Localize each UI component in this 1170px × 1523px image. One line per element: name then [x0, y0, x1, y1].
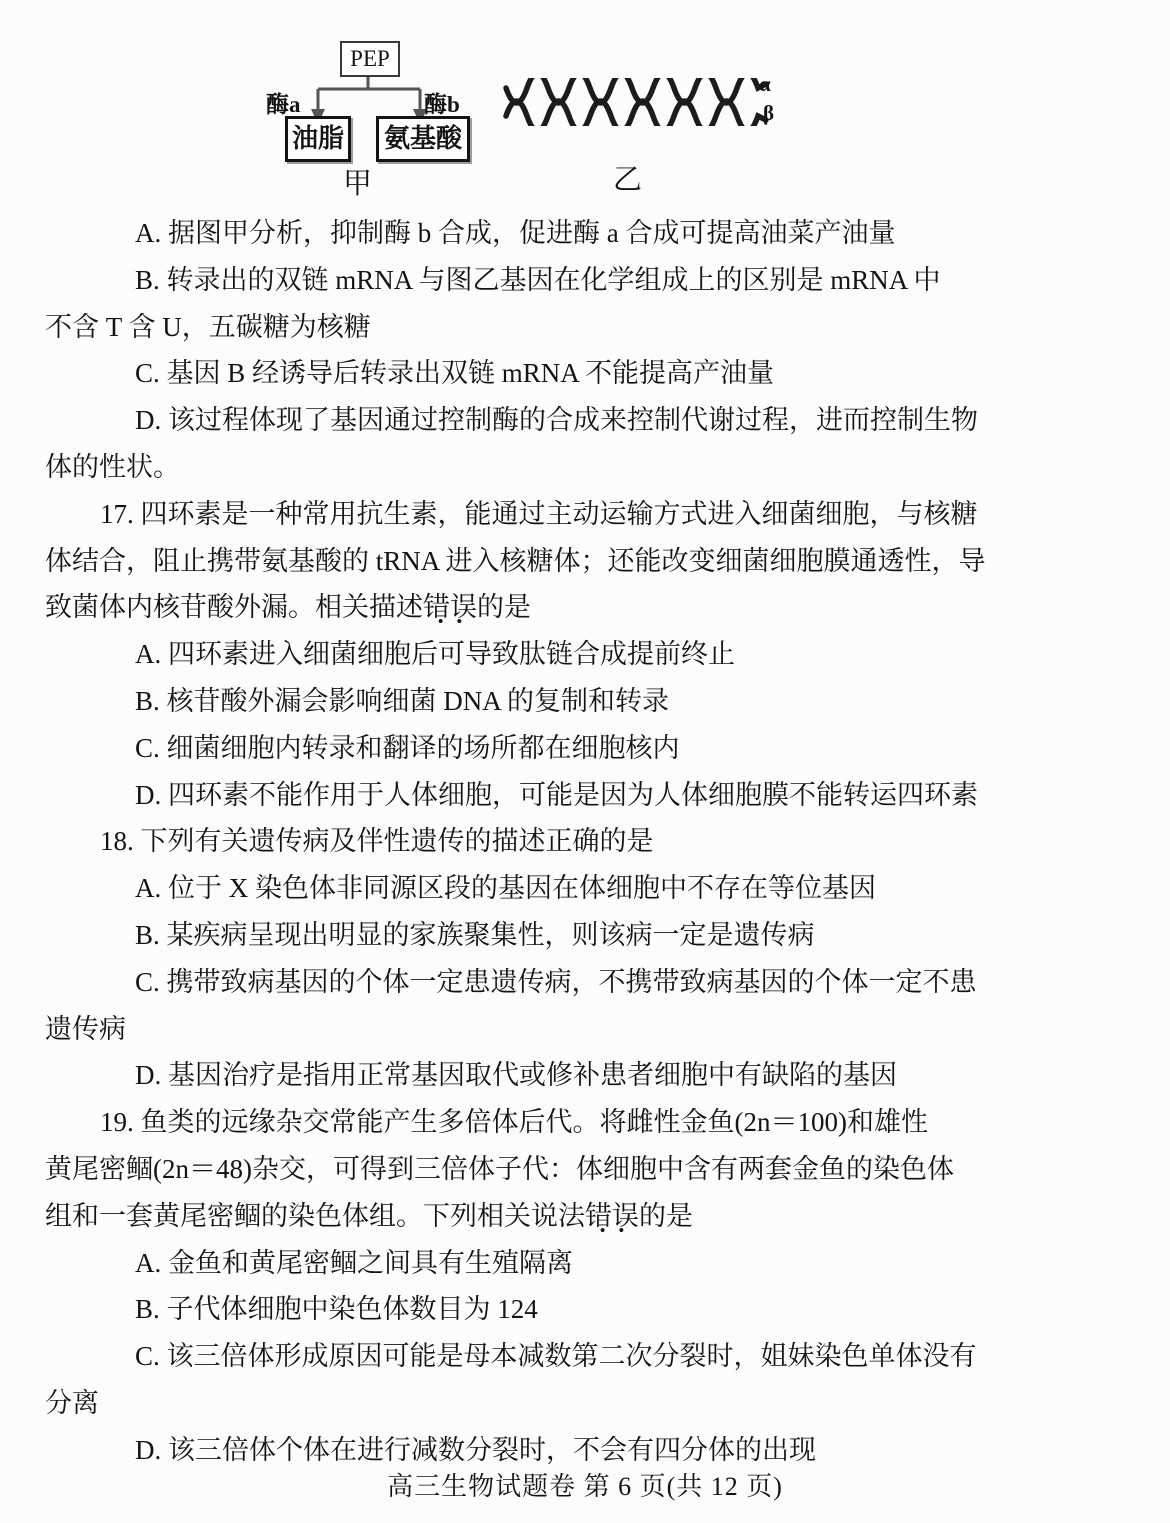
dna-helix-icon: [498, 78, 770, 126]
q17-option-a: A. 四环素进入细菌细胞后可导致肽链合成提前终止: [45, 631, 1145, 678]
q18-stem: 18. 下列有关遗传病及伴性遗传的描述正确的是: [45, 818, 1145, 865]
q18-option-d: D. 基因治疗是指用正常基因取代或修补患者细胞中有缺陷的基因: [45, 1052, 1145, 1099]
pep-label: PEP: [350, 46, 390, 71]
q16-option-a: A. 据图甲分析，抑制酶 b 合成，促进酶 a 合成可提高油菜产油量: [45, 210, 1145, 257]
figure-caption-jia: 甲: [343, 161, 372, 202]
q17-emphasized-word: 错误: [423, 584, 477, 631]
enzyme-a-label: 酶a: [266, 86, 301, 119]
q19-option-b: B. 子代体细胞中染色体数目为 124: [45, 1286, 1145, 1333]
q17-option-d: D. 四环素不能作用于人体细胞，可能是因为人体细胞膜不能转运四环素: [45, 772, 1145, 819]
question-text-block: A. 据图甲分析，抑制酶 b 合成，促进酶 a 合成可提高油菜产油量 B. 转录…: [45, 210, 1145, 1474]
q19-emphasized-word: 错误: [585, 1193, 639, 1240]
q17-stem-line3-pre: 致菌体内核苷酸外漏。相关描述: [45, 592, 423, 622]
beta-label: β: [763, 101, 774, 126]
fat-box: 油脂: [285, 116, 351, 162]
pep-box: PEP: [340, 41, 400, 77]
q16-option-c: C. 基因 B 经诱导后转录出双链 mRNA 不能提高产油量: [45, 350, 1145, 397]
q19-stem-line3: 组和一套黄尾密鲴的染色体组。下列相关说法错误的是: [45, 1193, 1145, 1240]
q17-stem-line3: 致菌体内核苷酸外漏。相关描述错误的是: [45, 584, 1145, 631]
exam-page: PEP 酶a 酶b 油脂 氨基酸 甲 α β 乙 A. 据图甲分析，抑制酶 b …: [0, 0, 1170, 1523]
figure-row: PEP 酶a 酶b 油脂 氨基酸 甲 α β 乙: [0, 0, 1170, 208]
q19-stem-line3-pre: 组和一套黄尾密鲴的染色体组。下列相关说法: [45, 1201, 585, 1231]
q17-option-b: B. 核苷酸外漏会影响细菌 DNA 的复制和转录: [45, 678, 1145, 725]
q16-option-d-line1: D. 该过程体现了基因通过控制酶的合成来控制代谢过程，进而控制生物: [45, 397, 1145, 444]
q17-option-c: C. 细菌细胞内转录和翻译的场所都在细胞核内: [45, 725, 1145, 772]
q16-option-d-line2: 体的性状。: [45, 444, 1145, 491]
q19-stem-line2: 黄尾密鲴(2n＝48)杂交，可得到三倍体子代：体细胞中含有两套金鱼的染色体: [45, 1146, 1145, 1193]
q19-stem-line3-post: 的是: [639, 1201, 693, 1231]
q19-option-c-line2: 分离: [45, 1380, 1145, 1427]
figure-caption-yi: 乙: [613, 157, 642, 198]
q17-stem-line3-post: 的是: [477, 592, 531, 622]
q19-stem-line1: 19. 鱼类的远缘杂交常能产生多倍体后代。将雌性金鱼(2n＝100)和雄性: [45, 1099, 1145, 1146]
amino-acid-box: 氨基酸: [376, 116, 470, 162]
q18-option-a: A. 位于 X 染色体非同源区段的基因在体细胞中不存在等位基因: [45, 865, 1145, 912]
q19-option-a: A. 金鱼和黄尾密鲴之间具有生殖隔离: [45, 1240, 1145, 1287]
q17-stem-line2: 体结合，阻止携带氨基酸的 tRNA 进入核糖体；还能改变细菌细胞膜通透性，导: [45, 538, 1145, 585]
page-footer: 高三生物试题卷 第 6 页(共 12 页): [0, 1466, 1170, 1503]
enzyme-b-label: 酶b: [424, 86, 460, 119]
q18-option-b: B. 某疾病呈现出明显的家族聚集性，则该病一定是遗传病: [45, 912, 1145, 959]
q17-stem-line1: 17. 四环素是一种常用抗生素，能通过主动运输方式进入细菌细胞，与核糖: [45, 491, 1145, 538]
q19-option-c-line1: C. 该三倍体形成原因可能是母本减数第二次分裂时，姐妹染色单体没有: [45, 1333, 1145, 1380]
alpha-label: α: [759, 72, 771, 97]
q18-option-c-line2: 遗传病: [45, 1006, 1145, 1053]
q18-option-c-line1: C. 携带致病基因的个体一定患遗传病，不携带致病基因的个体一定不患: [45, 959, 1145, 1006]
q16-option-b-line2: 不含 T 含 U，五碳糖为核糖: [45, 304, 1145, 351]
q16-option-b-line1: B. 转录出的双链 mRNA 与图乙基因在化学组成上的区别是 mRNA 中: [45, 257, 1145, 304]
